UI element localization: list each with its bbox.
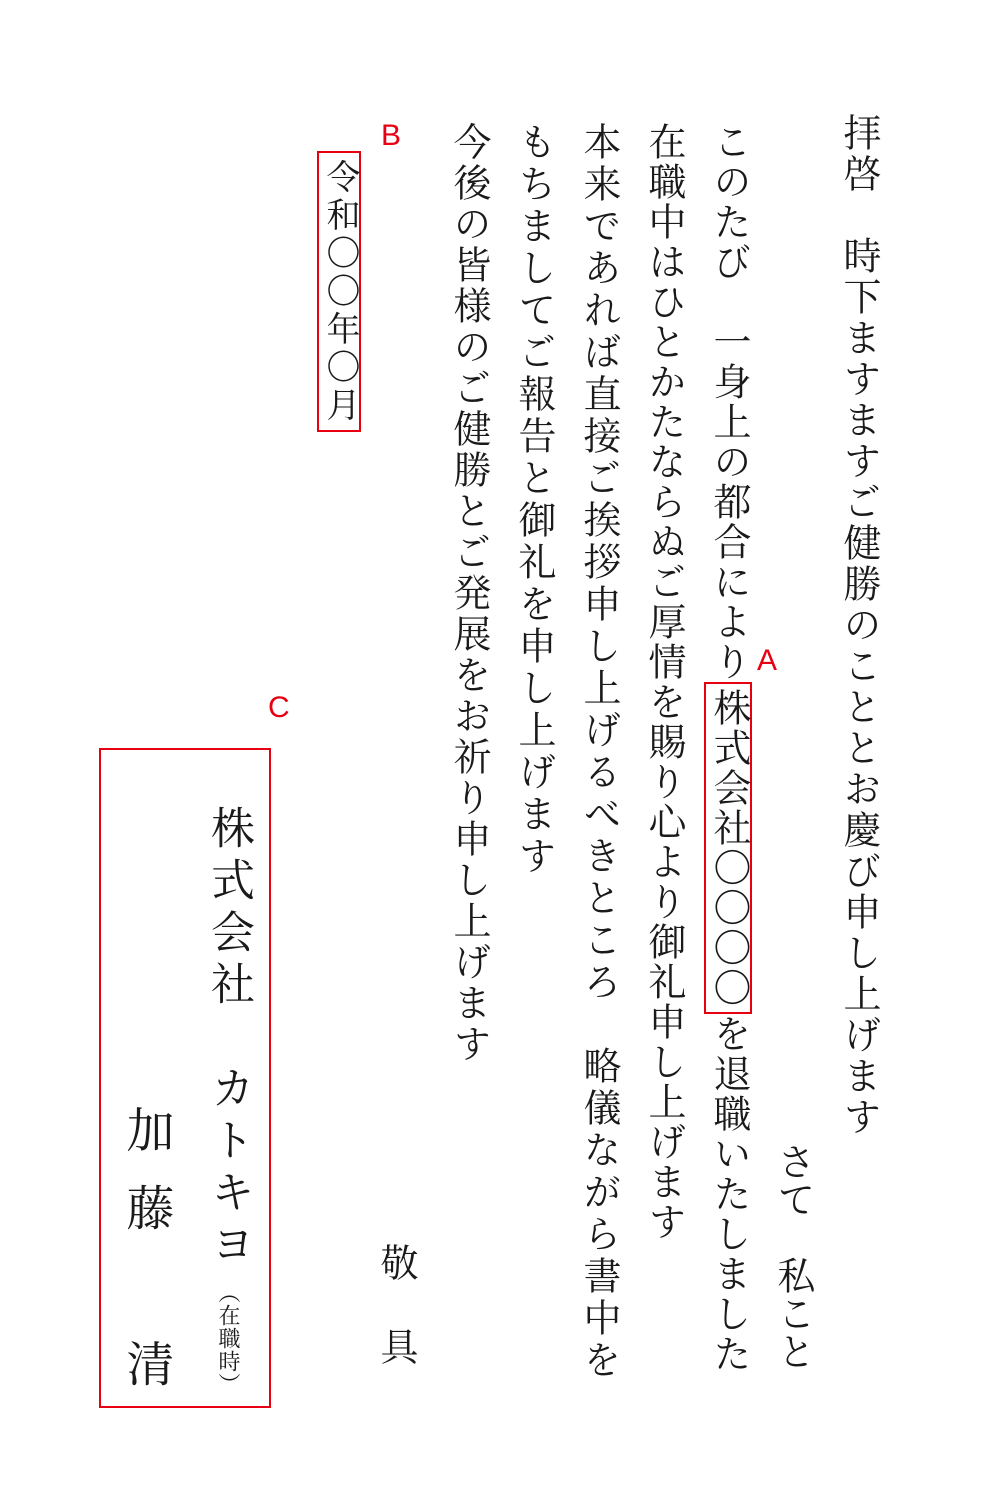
annotation-label-c: C	[268, 693, 290, 723]
signature-highlight-box: 株式会社 カトキヨ（在職時） 加藤 清	[99, 748, 271, 1408]
transition-line: さて 私こと	[773, 1142, 811, 1370]
company-name-highlight-box: 株式会社〇〇〇〇	[704, 682, 752, 1014]
signature-name: 加藤 清	[121, 1105, 169, 1417]
signature-company-line: 株式会社 カトキヨ（在職時）	[206, 805, 250, 1396]
body-line-wishes: 今後の皆様のご健勝とご発展をお祈り申し上げます	[449, 122, 487, 1065]
date-highlight-box: 令和〇〇年〇月	[317, 151, 361, 432]
body-line-gratitude: 在職中はひとかたならぬご厚情を賜り心より御礼申し上げます	[644, 122, 682, 1242]
signature-note: （在職時）	[216, 1281, 241, 1396]
resignation-text-after: を退職いたしました	[707, 1014, 749, 1374]
body-line-apology: 本来であれば直接ご挨拶申し上げるべきところ 略儀ながら書中を	[579, 122, 617, 1382]
greeting-line: 拝啓 時下ますますご健勝のこととお慶び申し上げます	[839, 113, 877, 1138]
resignation-text-before: このたび 一身上の都合により	[707, 122, 749, 682]
annotation-label-a: A	[757, 646, 777, 676]
body-line-resignation: このたび 一身上の都合により株式会社〇〇〇〇を退職いたしました	[709, 122, 747, 1374]
annotation-label-b: B	[381, 121, 401, 151]
body-line-report: もちましてご報告と御礼を申し上げます	[514, 122, 552, 878]
closing-word: 敬 具	[376, 1243, 414, 1369]
letter-page: 拝啓 時下ますますご健勝のこととお慶び申し上げます このたび 一身上の都合により…	[0, 0, 1000, 1497]
signature-company: 株式会社 カトキヨ	[204, 805, 253, 1273]
